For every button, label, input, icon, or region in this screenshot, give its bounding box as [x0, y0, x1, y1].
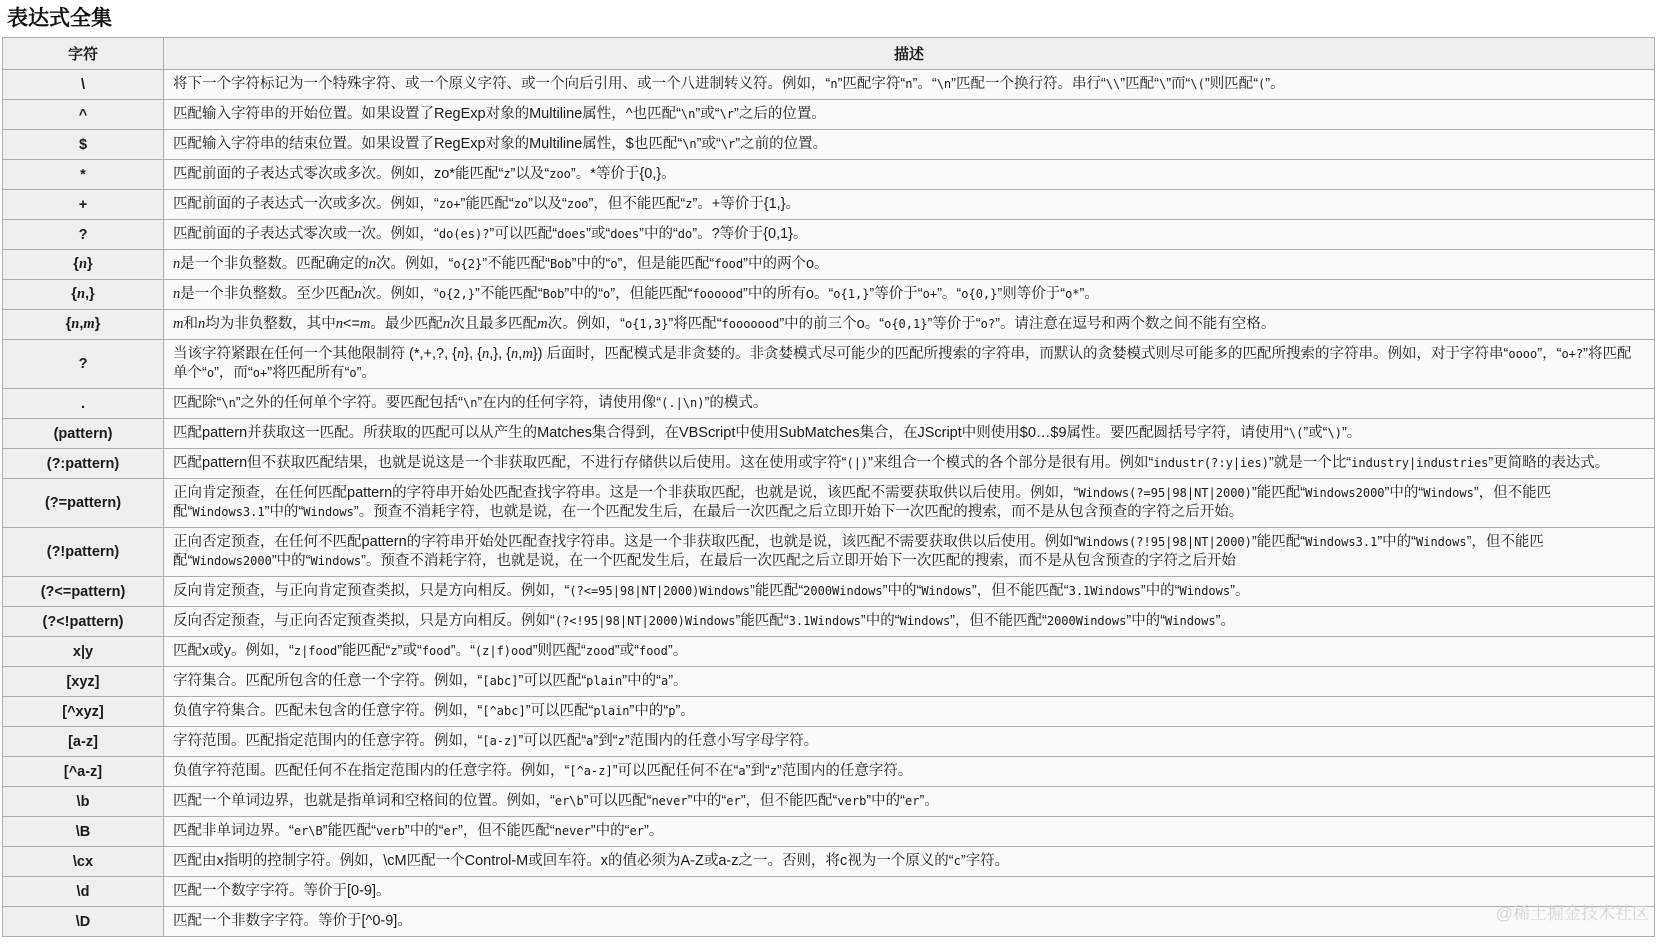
description-cell: 匹配pattern但不获取匹配结果，也就是说这是一个非获取匹配，不进行存储供以后…	[164, 449, 1655, 479]
table-row: ^匹配输入字符串的开始位置。如果设置了RegExp对象的Multiline属性，…	[3, 100, 1655, 130]
description-cell: 匹配输入字符串的结束位置。如果设置了RegExp对象的Multiline属性，$…	[164, 130, 1655, 160]
symbol-cell: (?:pattern)	[3, 449, 164, 479]
description-cell: 匹配一个数字字符。等价于[0-9]。	[164, 877, 1655, 907]
symbol-cell: [a-z]	[3, 727, 164, 757]
description-cell: 正向肯定预查，在任何匹配pattern的字符串开始处匹配查找字符串。这是一个非获…	[164, 479, 1655, 528]
description-cell: 匹配非单词边界。“er\B”能匹配“verb”中的“er”，但不能匹配“neve…	[164, 817, 1655, 847]
description-cell: n是一个非负整数。匹配确定的n次。例如，“o{2}”不能匹配“Bob”中的“o”…	[164, 250, 1655, 280]
table-row: (?<=pattern)反向肯定预查，与正向肯定预查类拟，只是方向相反。例如，“…	[3, 577, 1655, 607]
symbol-cell: [^xyz]	[3, 697, 164, 727]
symbol-cell: x|y	[3, 637, 164, 667]
symbol-cell: *	[3, 160, 164, 190]
table-row: \cx匹配由x指明的控制字符。例如，\cM匹配一个Control-M或回车符。x…	[3, 847, 1655, 877]
table-row: *匹配前面的子表达式零次或多次。例如，zo*能匹配“z”以及“zoo”。*等价于…	[3, 160, 1655, 190]
table-row: {n}n是一个非负整数。匹配确定的n次。例如，“o{2}”不能匹配“Bob”中的…	[3, 250, 1655, 280]
symbol-cell: $	[3, 130, 164, 160]
table-row: (?:pattern)匹配pattern但不获取匹配结果，也就是说这是一个非获取…	[3, 449, 1655, 479]
table-row: $匹配输入字符串的结束位置。如果设置了RegExp对象的Multiline属性，…	[3, 130, 1655, 160]
symbol-cell: \D	[3, 907, 164, 937]
symbol-cell: (?=pattern)	[3, 479, 164, 528]
description-cell: 将下一个字符标记为一个特殊字符、或一个原义字符、或一个向后引用、或一个八进制转义…	[164, 70, 1655, 100]
table-row: +匹配前面的子表达式一次或多次。例如，“zo+”能匹配“zo”以及“zoo”，但…	[3, 190, 1655, 220]
symbol-cell: (pattern)	[3, 419, 164, 449]
symbol-cell: +	[3, 190, 164, 220]
regex-reference-table: 字符 描述 \将下一个字符标记为一个特殊字符、或一个原义字符、或一个向后引用、或…	[2, 37, 1655, 937]
description-cell: 字符集合。匹配所包含的任意一个字符。例如，“[abc]”可以匹配“plain”中…	[164, 667, 1655, 697]
symbol-cell: \	[3, 70, 164, 100]
symbol-cell: {n,m}	[3, 310, 164, 340]
table-row: \d匹配一个数字字符。等价于[0-9]。	[3, 877, 1655, 907]
description-cell: 匹配前面的子表达式一次或多次。例如，“zo+”能匹配“zo”以及“zoo”，但不…	[164, 190, 1655, 220]
symbol-cell: (?<!pattern)	[3, 607, 164, 637]
symbol-cell: ?	[3, 220, 164, 250]
description-cell: 匹配前面的子表达式零次或一次。例如，“do(es)?”可以匹配“does”或“d…	[164, 220, 1655, 250]
table-row: \将下一个字符标记为一个特殊字符、或一个原义字符、或一个向后引用、或一个八进制转…	[3, 70, 1655, 100]
symbol-cell: ^	[3, 100, 164, 130]
table-row: (?!pattern)正向否定预查，在任何不匹配pattern的字符串开始处匹配…	[3, 528, 1655, 577]
symbol-cell: \d	[3, 877, 164, 907]
table-row: {n,}n是一个非负整数。至少匹配n次。例如，“o{2,}”不能匹配“Bob”中…	[3, 280, 1655, 310]
description-cell: n是一个非负整数。至少匹配n次。例如，“o{2,}”不能匹配“Bob”中的“o”…	[164, 280, 1655, 310]
symbol-cell: ?	[3, 340, 164, 389]
description-cell: 匹配一个非数字字符。等价于[^0-9]。	[164, 907, 1655, 937]
description-cell: 匹配x或y。例如，“z|food”能匹配“z”或“food”。“(z|f)ood…	[164, 637, 1655, 667]
page-title: 表达式全集	[7, 6, 1658, 32]
description-cell: 匹配一个单词边界，也就是指单词和空格间的位置。例如，“er\b”可以匹配“nev…	[164, 787, 1655, 817]
description-cell: m和n均为非负整数，其中n<=m。最少匹配n次且最多匹配m次。例如，“o{1,3…	[164, 310, 1655, 340]
description-cell: 匹配前面的子表达式零次或多次。例如，zo*能匹配“z”以及“zoo”。*等价于{…	[164, 160, 1655, 190]
description-cell: 当该字符紧跟在任何一个其他限制符 (*,+,?, {n}, {n,}, {n,m…	[164, 340, 1655, 389]
table-row: [xyz]字符集合。匹配所包含的任意一个字符。例如，“[abc]”可以匹配“pl…	[3, 667, 1655, 697]
symbol-cell: {n,}	[3, 280, 164, 310]
description-cell: 匹配输入字符串的开始位置。如果设置了RegExp对象的Multiline属性，^…	[164, 100, 1655, 130]
table-row: [a-z]字符范围。匹配指定范围内的任意字符。例如，“[a-z]”可以匹配“a”…	[3, 727, 1655, 757]
header-symbol-column: 字符	[3, 38, 164, 70]
description-cell: 负值字符范围。匹配任何不在指定范围内的任意字符。例如，“[^a-z]”可以匹配任…	[164, 757, 1655, 787]
table-row: .匹配除“\n”之外的任何单个字符。要匹配包括“\n”在内的任何字符，请使用像“…	[3, 389, 1655, 419]
table-row: x|y匹配x或y。例如，“z|food”能匹配“z”或“food”。“(z|f)…	[3, 637, 1655, 667]
table-row: (pattern)匹配pattern并获取这一匹配。所获取的匹配可以从产生的Ma…	[3, 419, 1655, 449]
description-cell: 匹配由x指明的控制字符。例如，\cM匹配一个Control-M或回车符。x的值必…	[164, 847, 1655, 877]
table-row: (?<!pattern)反向否定预查，与正向否定预查类拟，只是方向相反。例如“(…	[3, 607, 1655, 637]
symbol-cell: \B	[3, 817, 164, 847]
table-header: 字符 描述	[3, 38, 1655, 70]
symbol-cell: [xyz]	[3, 667, 164, 697]
table-row: [^a-z]负值字符范围。匹配任何不在指定范围内的任意字符。例如，“[^a-z]…	[3, 757, 1655, 787]
table-row: (?=pattern)正向肯定预查，在任何匹配pattern的字符串开始处匹配查…	[3, 479, 1655, 528]
description-cell: 负值字符集合。匹配未包含的任意字符。例如，“[^abc]”可以匹配“plain”…	[164, 697, 1655, 727]
symbol-cell: (?!pattern)	[3, 528, 164, 577]
symbol-cell: \cx	[3, 847, 164, 877]
table-row: \D匹配一个非数字字符。等价于[^0-9]。	[3, 907, 1655, 937]
description-cell: 字符范围。匹配指定范围内的任意字符。例如，“[a-z]”可以匹配“a”到“z”范…	[164, 727, 1655, 757]
symbol-cell: \b	[3, 787, 164, 817]
table-row: \B匹配非单词边界。“er\B”能匹配“verb”中的“er”，但不能匹配“ne…	[3, 817, 1655, 847]
symbol-cell: .	[3, 389, 164, 419]
symbol-cell: (?<=pattern)	[3, 577, 164, 607]
description-cell: 匹配pattern并获取这一匹配。所获取的匹配可以从产生的Matches集合得到…	[164, 419, 1655, 449]
table-body: \将下一个字符标记为一个特殊字符、或一个原义字符、或一个向后引用、或一个八进制转…	[3, 70, 1655, 937]
table-row: \b匹配一个单词边界，也就是指单词和空格间的位置。例如，“er\b”可以匹配“n…	[3, 787, 1655, 817]
symbol-cell: [^a-z]	[3, 757, 164, 787]
header-row: 字符 描述	[3, 38, 1655, 70]
description-cell: 匹配除“\n”之外的任何单个字符。要匹配包括“\n”在内的任何字符，请使用像“(…	[164, 389, 1655, 419]
header-description-column: 描述	[164, 38, 1655, 70]
symbol-cell: {n}	[3, 250, 164, 280]
description-cell: 反向否定预查，与正向否定预查类拟，只是方向相反。例如“(?<!95|98|NT|…	[164, 607, 1655, 637]
table-row: ?匹配前面的子表达式零次或一次。例如，“do(es)?”可以匹配“does”或“…	[3, 220, 1655, 250]
description-cell: 反向肯定预查，与正向肯定预查类拟，只是方向相反。例如，“(?<=95|98|NT…	[164, 577, 1655, 607]
description-cell: 正向否定预查，在任何不匹配pattern的字符串开始处匹配查找字符串。这是一个非…	[164, 528, 1655, 577]
table-row: ?当该字符紧跟在任何一个其他限制符 (*,+,?, {n}, {n,}, {n,…	[3, 340, 1655, 389]
table-row: [^xyz]负值字符集合。匹配未包含的任意字符。例如，“[^abc]”可以匹配“…	[3, 697, 1655, 727]
table-row: {n,m}m和n均为非负整数，其中n<=m。最少匹配n次且最多匹配m次。例如，“…	[3, 310, 1655, 340]
